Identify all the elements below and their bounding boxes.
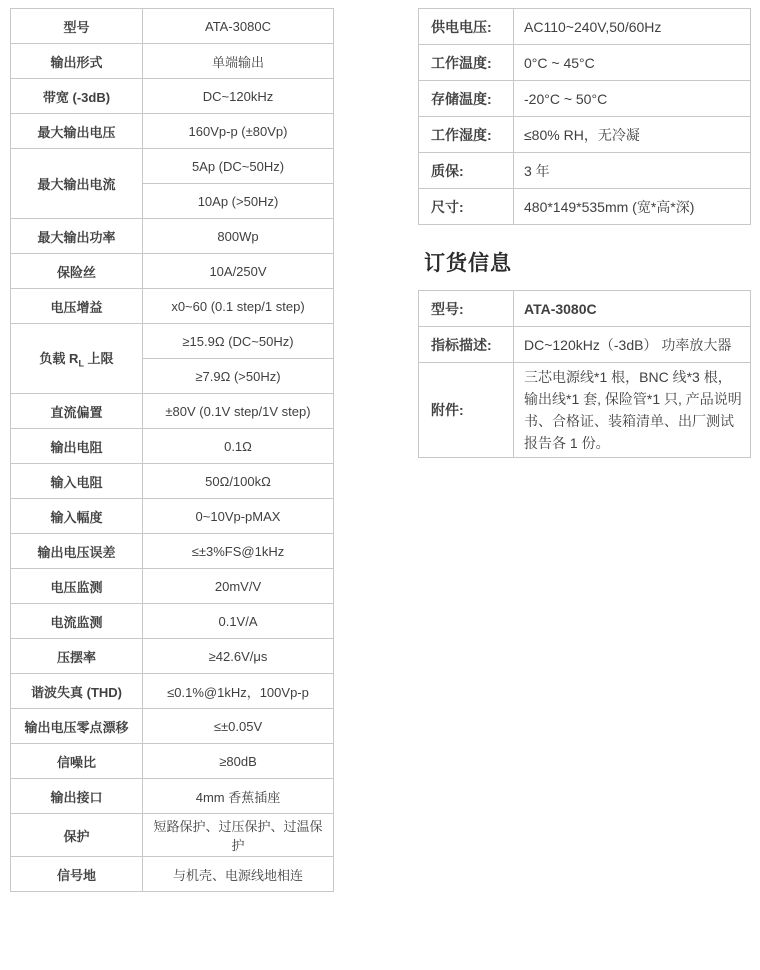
spec-label: 信噪比	[11, 744, 143, 779]
spec-value: 0.1Ω	[143, 429, 334, 464]
spec-label: 型号	[11, 9, 143, 44]
ordering-table: 型号:ATA-3080C指标描述:DC~120kHz（-3dB） 功率放大器附件…	[418, 290, 751, 458]
spec-value: 20mV/V	[143, 569, 334, 604]
spec-value: ≥42.6V/μs	[143, 639, 334, 674]
spec-label: 输出电压误差	[11, 534, 143, 569]
spec-row: 型号ATA-3080C	[11, 9, 334, 44]
spec-label: 电压增益	[11, 289, 143, 324]
env-row-label: 工作温度:	[419, 45, 514, 81]
spec-row: 电流监测0.1V/A	[11, 604, 334, 639]
right-column: 供电电压:AC110~240V,50/60Hz工作温度:0°C ~ 45°C存储…	[418, 8, 750, 458]
spec-value: 短路保护、过压保护、过温保护	[143, 814, 334, 857]
env-row-value: 0°C ~ 45°C	[514, 45, 751, 81]
spec-value: 800Wp	[143, 219, 334, 254]
spec-row: 负载 RL 上限≥15.9Ω (DC~50Hz)	[11, 324, 334, 359]
spec-table-body: 型号ATA-3080C输出形式单端输出带宽 (-3dB)DC~120kHz最大输…	[11, 9, 334, 892]
spec-row: 输出形式单端输出	[11, 44, 334, 79]
spec-value: ≥7.9Ω (>50Hz)	[143, 359, 334, 394]
spec-value: 5Ap (DC~50Hz)	[143, 149, 334, 184]
ordering-row-label: 附件:	[419, 363, 514, 458]
env-row-label: 存储温度:	[419, 81, 514, 117]
spec-value: 与机壳、电源线地相连	[143, 857, 334, 892]
spec-row: 信号地与机壳、电源线地相连	[11, 857, 334, 892]
env-table-body: 供电电压:AC110~240V,50/60Hz工作温度:0°C ~ 45°C存储…	[419, 9, 751, 225]
spec-label: 保险丝	[11, 254, 143, 289]
spec-value: 10Ap (>50Hz)	[143, 184, 334, 219]
spec-row: 压摆率≥42.6V/μs	[11, 639, 334, 674]
spec-row: 输出电压零点漂移≤±0.05V	[11, 709, 334, 744]
spec-label: 输出电压零点漂移	[11, 709, 143, 744]
spec-label: 最大输出电流	[11, 149, 143, 219]
spec-value: ±80V (0.1V step/1V step)	[143, 394, 334, 429]
ordering-row-value: DC~120kHz（-3dB） 功率放大器	[514, 327, 751, 363]
spec-value: ATA-3080C	[143, 9, 334, 44]
spec-value: ≤±3%FS@1kHz	[143, 534, 334, 569]
spec-label: 输出接口	[11, 779, 143, 814]
env-row: 存储温度:-20°C ~ 50°C	[419, 81, 751, 117]
env-row-label: 尺寸:	[419, 189, 514, 225]
spec-value: 160Vp-p (±80Vp)	[143, 114, 334, 149]
spec-row: 电压增益x0~60 (0.1 step/1 step)	[11, 289, 334, 324]
spec-label: 最大输出功率	[11, 219, 143, 254]
env-row-label: 工作湿度:	[419, 117, 514, 153]
env-row: 供电电压:AC110~240V,50/60Hz	[419, 9, 751, 45]
spec-value: ≥80dB	[143, 744, 334, 779]
env-row-value: -20°C ~ 50°C	[514, 81, 751, 117]
env-row: 质保:3 年	[419, 153, 751, 189]
spec-value: x0~60 (0.1 step/1 step)	[143, 289, 334, 324]
spec-row: 输出电压误差≤±3%FS@1kHz	[11, 534, 334, 569]
spec-label: 信号地	[11, 857, 143, 892]
ordering-row: 型号:ATA-3080C	[419, 291, 751, 327]
product-spec-page: 型号ATA-3080C输出形式单端输出带宽 (-3dB)DC~120kHz最大输…	[0, 0, 760, 970]
spec-row: 最大输出电流5Ap (DC~50Hz)	[11, 149, 334, 184]
spec-label: 输入幅度	[11, 499, 143, 534]
env-row: 尺寸:480*149*535mm (宽*高*深)	[419, 189, 751, 225]
spec-label: 输出电阻	[11, 429, 143, 464]
spec-value: ≤0.1%@1kHz，100Vp-p	[143, 674, 334, 709]
spec-label: 保护	[11, 814, 143, 857]
spec-row: 最大输出功率800Wp	[11, 219, 334, 254]
env-table: 供电电压:AC110~240V,50/60Hz工作温度:0°C ~ 45°C存储…	[418, 8, 751, 225]
ordering-row-label: 指标描述:	[419, 327, 514, 363]
ordering-row: 指标描述:DC~120kHz（-3dB） 功率放大器	[419, 327, 751, 363]
spec-row: 输入幅度0~10Vp-pMAX	[11, 499, 334, 534]
spec-row: 信噪比≥80dB	[11, 744, 334, 779]
env-row: 工作温度:0°C ~ 45°C	[419, 45, 751, 81]
spec-value: 0.1V/A	[143, 604, 334, 639]
spec-label: 谐波失真 (THD)	[11, 674, 143, 709]
ordering-info-heading: 订货信息	[424, 247, 750, 277]
env-row-value: AC110~240V,50/60Hz	[514, 9, 751, 45]
env-row: 工作湿度:≤80% RH，无冷凝	[419, 117, 751, 153]
spec-row: 谐波失真 (THD)≤0.1%@1kHz，100Vp-p	[11, 674, 334, 709]
ordering-table-body: 型号:ATA-3080C指标描述:DC~120kHz（-3dB） 功率放大器附件…	[419, 291, 751, 458]
spec-label: 压摆率	[11, 639, 143, 674]
spec-row: 保护短路保护、过压保护、过温保护	[11, 814, 334, 857]
spec-label: 输入电阻	[11, 464, 143, 499]
spec-label: 最大输出电压	[11, 114, 143, 149]
spec-value: ≥15.9Ω (DC~50Hz)	[143, 324, 334, 359]
ordering-row-value: 三芯电源线*1 根，BNC 线*3 根，输出线*1 套, 保险管*1 只, 产品…	[514, 363, 751, 458]
spec-row: 带宽 (-3dB)DC~120kHz	[11, 79, 334, 114]
env-row-label: 质保:	[419, 153, 514, 189]
env-row-value: 480*149*535mm (宽*高*深)	[514, 189, 751, 225]
spec-value: ≤±0.05V	[143, 709, 334, 744]
spec-row: 电压监测20mV/V	[11, 569, 334, 604]
ordering-row-value: ATA-3080C	[514, 291, 751, 327]
spec-label: 输出形式	[11, 44, 143, 79]
spec-value: DC~120kHz	[143, 79, 334, 114]
spec-row: 输入电阻50Ω/100kΩ	[11, 464, 334, 499]
spec-label: 带宽 (-3dB)	[11, 79, 143, 114]
ordering-row-label: 型号:	[419, 291, 514, 327]
spec-label: 电压监测	[11, 569, 143, 604]
spec-row: 保险丝10A/250V	[11, 254, 334, 289]
spec-value: 单端输出	[143, 44, 334, 79]
spec-value: 4mm 香蕉插座	[143, 779, 334, 814]
spec-row: 输出电阻0.1Ω	[11, 429, 334, 464]
spec-table: 型号ATA-3080C输出形式单端输出带宽 (-3dB)DC~120kHz最大输…	[10, 8, 334, 892]
spec-row: 输出接口4mm 香蕉插座	[11, 779, 334, 814]
env-row-value: 3 年	[514, 153, 751, 189]
spec-label: 电流监测	[11, 604, 143, 639]
spec-value: 50Ω/100kΩ	[143, 464, 334, 499]
spec-label: 负载 RL 上限	[11, 324, 143, 394]
spec-value: 0~10Vp-pMAX	[143, 499, 334, 534]
spec-value: 10A/250V	[143, 254, 334, 289]
spec-row: 直流偏置±80V (0.1V step/1V step)	[11, 394, 334, 429]
spec-label: 直流偏置	[11, 394, 143, 429]
ordering-row: 附件:三芯电源线*1 根，BNC 线*3 根，输出线*1 套, 保险管*1 只,…	[419, 363, 751, 458]
env-row-label: 供电电压:	[419, 9, 514, 45]
env-row-value: ≤80% RH，无冷凝	[514, 117, 751, 153]
spec-row: 最大输出电压160Vp-p (±80Vp)	[11, 114, 334, 149]
